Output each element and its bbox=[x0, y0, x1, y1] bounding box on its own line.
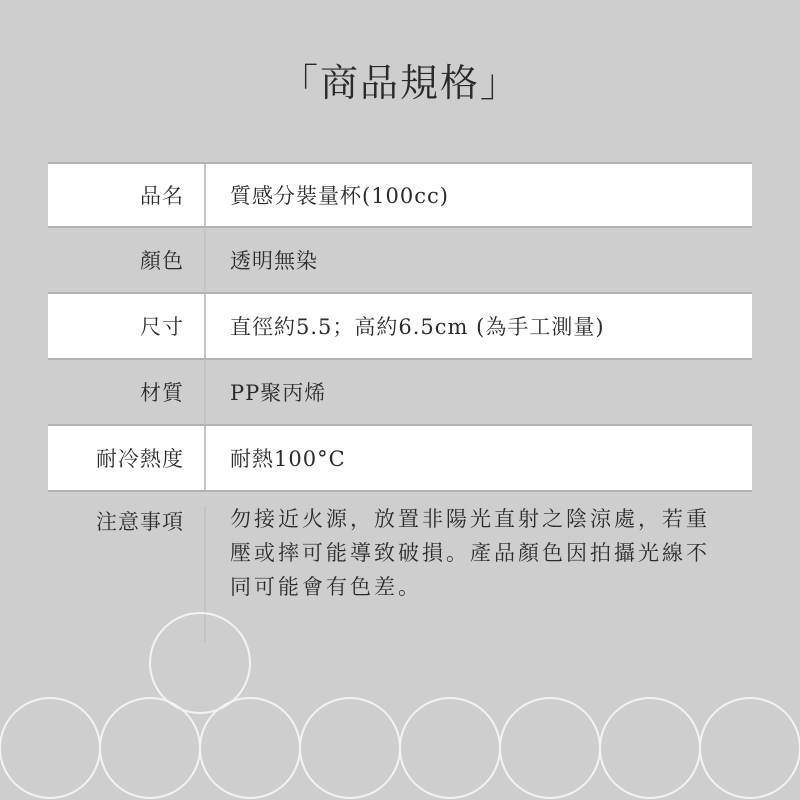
circle-icon bbox=[0, 698, 100, 798]
circle-icon bbox=[400, 698, 500, 798]
spec-value: 直徑約5.5；高約6.5cm (為手工測量) bbox=[206, 311, 605, 341]
page-title: 「商品規格」 bbox=[0, 52, 800, 107]
spec-value: PP聚丙烯 bbox=[206, 377, 326, 407]
spec-row-size: 尺寸 直徑約5.5；高約6.5cm (為手工測量) bbox=[48, 294, 752, 360]
circle-icon bbox=[300, 698, 400, 798]
spec-table: 品名 質感分裝量杯(100cc) 顏色 透明無染 尺寸 直徑約5.5；高約6.5… bbox=[48, 162, 752, 642]
circle-icon bbox=[500, 698, 600, 798]
spec-row-color: 顏色 透明無染 bbox=[48, 228, 752, 294]
spec-row-heat-resistance: 耐冷熱度 耐熱100°C bbox=[48, 426, 752, 492]
spec-value: 透明無染 bbox=[206, 245, 318, 275]
circle-icon bbox=[200, 698, 300, 798]
spec-value: 質感分裝量杯(100cc) bbox=[206, 180, 449, 210]
spec-label: 品名 bbox=[48, 164, 206, 226]
spec-row-name: 品名 質感分裝量杯(100cc) bbox=[48, 162, 752, 228]
spec-row-notes: 注意事項 勿接近火源，放置非陽光直射之陰涼處，若重壓或摔可能導致破損。產品顏色因… bbox=[48, 492, 752, 642]
spec-label: 耐冷熱度 bbox=[48, 426, 206, 490]
spec-label: 注意事項 bbox=[48, 506, 206, 642]
circle-icon bbox=[600, 698, 700, 798]
spec-label: 顏色 bbox=[48, 228, 206, 292]
spec-row-material: 材質 PP聚丙烯 bbox=[48, 360, 752, 426]
circle-icon bbox=[700, 698, 800, 798]
spec-value: 勿接近火源，放置非陽光直射之陰涼處，若重壓或摔可能導致破損。產品顏色因拍攝光線不… bbox=[206, 502, 730, 604]
spec-label: 材質 bbox=[48, 360, 206, 424]
spec-label: 尺寸 bbox=[48, 294, 206, 358]
circle-icon bbox=[100, 698, 200, 798]
spec-value: 耐熱100°C bbox=[206, 443, 346, 473]
